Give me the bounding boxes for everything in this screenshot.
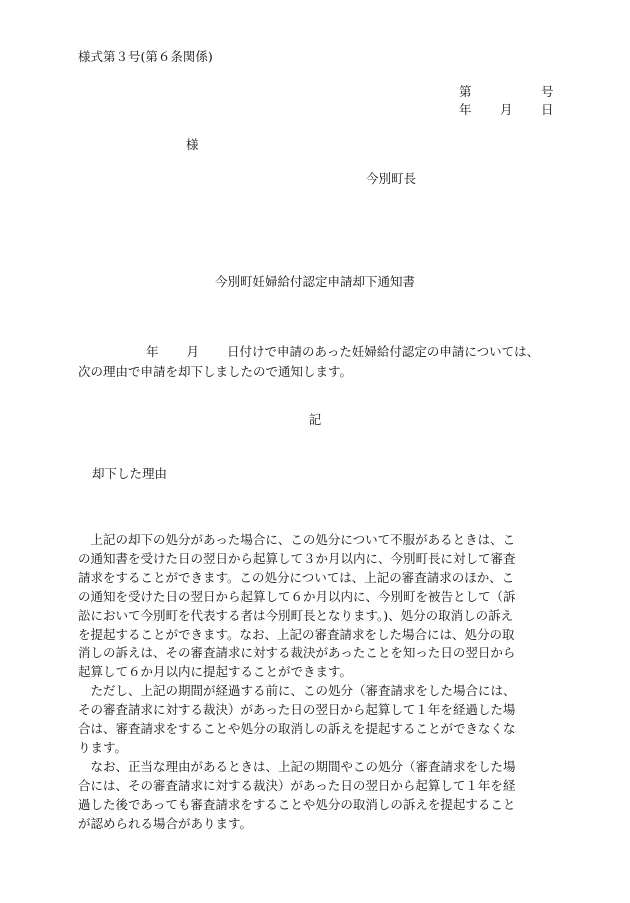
date-month: 月 — [500, 100, 513, 118]
date-year: 年 — [459, 100, 472, 118]
notice-line: を提起することができます。なお、上記の審査請求をした場合には、処分の取 — [78, 626, 558, 645]
intro-rest: 日付けで申請のあった妊婦給付認定の申請については、 — [227, 344, 539, 359]
appeal-notice: 上記の却下の処分があった場合に、この処分について不服があるときは、こ の通知書を… — [78, 531, 558, 834]
document-title: 今別町妊婦給付認定申請却下通知書 — [0, 272, 630, 290]
notice-line: 過した後であっても審査請求をすることや処分の取消しの訴えを提起すること — [78, 796, 558, 815]
notice-line: ただし、上記の期間が経過する前に、この処分（審査請求をした場合には、 — [78, 682, 558, 701]
notice-line: 合は、審査請求をすることや処分の取消しの訴えを提起することができなくな — [78, 720, 558, 739]
form-number: 様式第３号(第６条関係) — [78, 47, 213, 65]
notice-line: その審査請求に対する裁決）があった日の翌日から起算して１年を経過した場 — [78, 701, 558, 720]
notice-line: 起算して６か月以内に提起することができます。 — [78, 663, 558, 682]
notice-line: の通知書を受けた日の翌日から起算して３か月以内に、今別町長に対して審査 — [78, 550, 558, 569]
intro-year: 年 — [146, 344, 159, 359]
date-day: 日 — [541, 100, 554, 118]
number-prefix: 第 — [459, 82, 472, 100]
notice-line: 訟において今別町を代表する者は今別町長となります。)、処分の取消しの訴え — [78, 607, 558, 626]
notice-line: 上記の却下の処分があった場合に、この処分について不服があるときは、こ — [78, 531, 558, 550]
notice-line: 請求をすることができます。この処分については、上記の審査請求のほか、こ — [78, 569, 558, 588]
notice-line: の通知を受けた日の翌日から起算して６か月以内に、今別町を被告として（訴 — [78, 588, 558, 607]
intro-line-2: 次の理由で申請を却下しましたので通知します。 — [78, 362, 558, 382]
intro-line-1: 年月日付けで申請のあった妊婦給付認定の申請については、 — [78, 342, 558, 362]
reason-label: 却下した理由 — [92, 464, 167, 482]
notice-line: ります。 — [78, 739, 558, 758]
ki-heading: 記 — [0, 410, 630, 428]
notice-line: 合には、その審査請求に対する裁決）があった日の翌日から起算して１年を経 — [78, 777, 558, 796]
intro-paragraph: 年月日付けで申請のあった妊婦給付認定の申請については、 次の理由で申請を却下しま… — [78, 342, 558, 382]
notice-line: なお、正当な理由があるときは、上記の期間やこの処分（審査請求をした場 — [78, 758, 558, 777]
notice-line: 消しの訴えは、その審査請求に対する裁決があったことを知った日の翌日から — [78, 644, 558, 663]
intro-month: 月 — [187, 344, 200, 359]
notice-line: が認められる場合があります。 — [78, 815, 558, 834]
addressee: 様 — [186, 135, 199, 153]
number-suffix: 号 — [541, 82, 554, 100]
sender: 今別町長 — [366, 169, 416, 187]
